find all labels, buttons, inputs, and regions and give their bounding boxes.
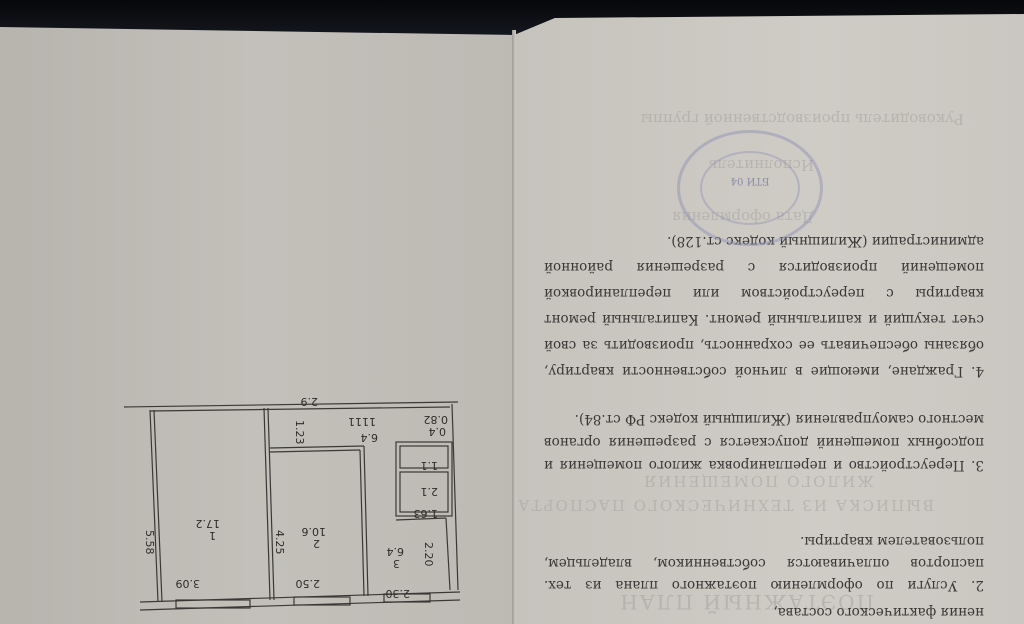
room-2-area: 10.6: [302, 525, 327, 538]
footer-fragment: нения фактического состава,: [544, 602, 984, 622]
right-page-content: ПОЭТАЖНЫЙ ПЛАН ВЫПИСКА ИЗ ТЕХНИЧЕСКОГО П…: [514, 12, 1024, 624]
paragraph-2-text: 2. Услуги по оформлению поэтажного плана…: [544, 530, 984, 596]
floor-plan: 3.09 5.58 17.2 1 2.50 4.25 10.6 2 2.30 2…: [120, 380, 480, 624]
paragraph-2: 2. Услуги по оформлению поэтажного плана…: [544, 530, 984, 596]
stamp-inner-ring: [700, 151, 800, 225]
floor-plan-labels: 3.09 5.58 17.2 1 2.50 4.25 10.6 2 2.30 2…: [143, 395, 448, 600]
room-7-dim: 0.82: [424, 413, 449, 426]
room-3-length: 2.20: [422, 542, 435, 567]
room-2-width: 2.50: [296, 577, 321, 590]
signature-line-head: Руководитель производственной группы: [641, 110, 964, 128]
stamp-text: БТИ 04: [680, 175, 820, 186]
room-1-number: 1: [209, 529, 216, 542]
official-stamp: БТИ 04: [677, 130, 823, 246]
bath-mark: 1.63: [414, 507, 439, 520]
room-2-number: 2: [313, 537, 320, 550]
top-dimension: 2.9: [301, 395, 319, 408]
paragraph-3-text: 3. Переустройство и перепланировка жилог…: [544, 407, 984, 476]
room-4-dim: 1.23: [293, 420, 306, 445]
room-1-length: 5.58: [143, 530, 156, 555]
footer-text: нения фактического состава,: [544, 602, 984, 622]
room-5-area: 1.1: [421, 459, 439, 472]
room-3-area: 6.4: [387, 545, 405, 558]
ghost-heading-2: ВЫПИСКА ИЗ ТЕХНИЧЕСКОГО ПАСПОРТА: [516, 496, 934, 514]
room-3-width: 2.30: [386, 587, 411, 600]
room-4-area: 6.4: [361, 431, 379, 444]
paragraph-4: 4. Граждане, имеющие в личной собственно…: [544, 228, 984, 384]
room-6-area: 2.1: [421, 485, 439, 498]
room-1-area: 17.2: [196, 517, 221, 530]
corridor-mark: 1111: [348, 415, 376, 428]
room-2-length: 4.25: [273, 530, 286, 555]
room-1-width: 3.09: [176, 577, 201, 590]
room-3-number: 3: [393, 557, 400, 570]
paragraph-4-text: 4. Граждане, имеющие в личной собственно…: [544, 228, 984, 384]
paragraph-3: 3. Переустройство и перепланировка жилог…: [544, 407, 984, 476]
